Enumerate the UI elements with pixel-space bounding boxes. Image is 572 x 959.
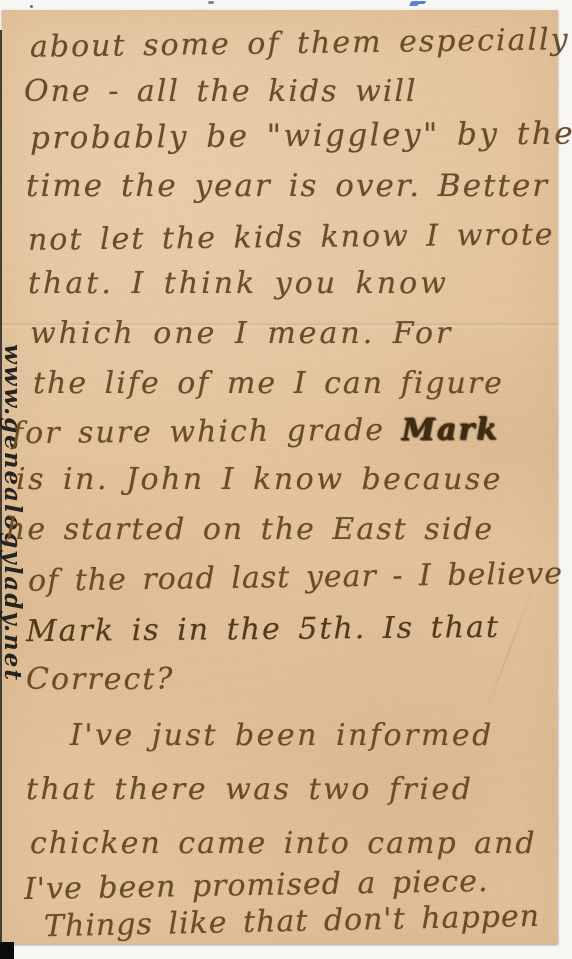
- handwritten-line: that there was two fried: [26, 772, 473, 807]
- handwritten-line: is in. John I know because: [16, 462, 503, 497]
- letter-paper: www.genealogylady.net about some of them…: [2, 10, 558, 944]
- blue-pen-mark: [409, 1, 420, 6]
- scanned-letter: www.genealogylady.net about some of them…: [0, 0, 572, 959]
- handwritten-text: for sure which grade: [12, 413, 385, 451]
- scan-edge-artifact-left: [0, 30, 2, 944]
- scan-corner-artifact: [0, 942, 14, 959]
- handwritten-line: One - all the kids will: [24, 74, 418, 109]
- handwritten-line: that. I think you know: [28, 266, 449, 301]
- handwritten-line: of the road last year - I believe: [28, 556, 563, 598]
- blotted-word: Mark: [401, 412, 499, 448]
- handwritten-line: he started on the East side: [6, 512, 494, 547]
- handwritten-line: Things like that don't happen: [44, 899, 541, 944]
- diagonal-crease: [481, 581, 537, 722]
- scan-speck: [30, 5, 33, 8]
- handwritten-line: probably be "wiggley" by the: [30, 116, 572, 157]
- handwritten-line: chicken came into camp and: [30, 826, 537, 861]
- handwritten-line: for sure which grade Mark: [12, 412, 499, 451]
- handwritten-line: not let the kids know I wrote: [28, 217, 555, 258]
- handwritten-line: about some of them especially: [30, 22, 570, 65]
- handwritten-line: the life of me I can figure: [33, 366, 504, 401]
- scan-speck: [208, 1, 214, 4]
- handwritten-line: time the year is over. Better: [26, 168, 549, 204]
- handwritten-line: Mark is in the 5th. Is that: [26, 610, 500, 649]
- handwritten-line: Correct?: [26, 662, 174, 697]
- handwritten-line: I've just been informed: [70, 718, 494, 753]
- handwritten-line: which one I mean. For: [30, 316, 453, 351]
